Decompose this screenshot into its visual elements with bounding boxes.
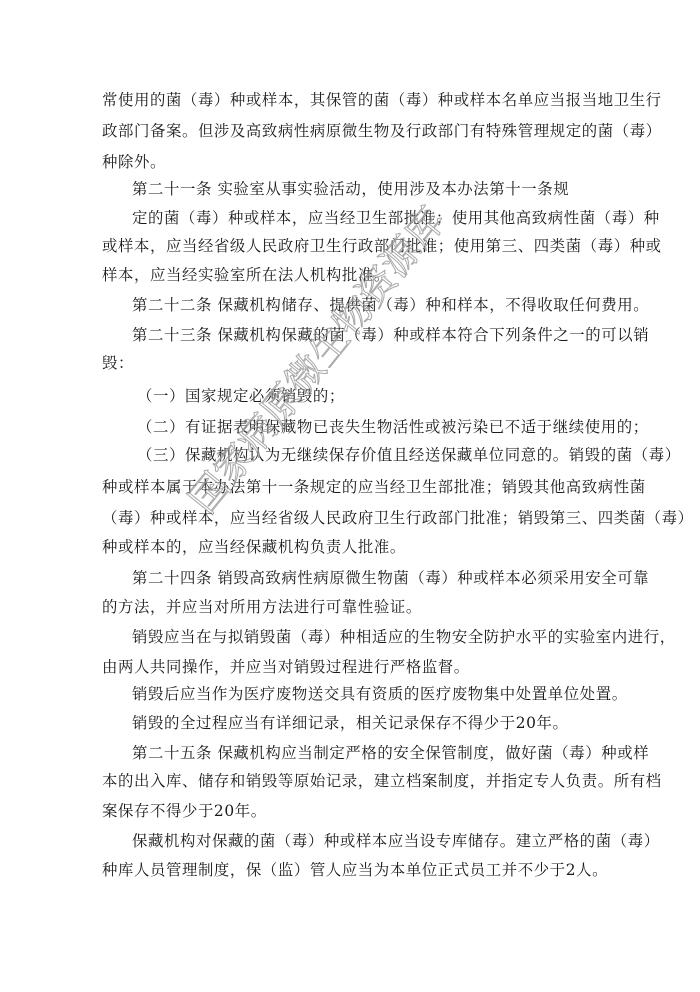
text-line: 定的菌（毒）种或样本，应当经卫生部批准；使用其他高致病性菌（毒）种 (132, 208, 632, 228)
text-line: 由两人共同操作，并应当对销毁过程进行严格监督。 (102, 657, 602, 677)
text-line: 种或样本属于本办法第十一条规定的应当经卫生部批准；销毁其他高致病性菌 (102, 477, 602, 497)
text-line: 本的出入库、储存和销毁等原始记录，建立档案制度，并指定专人负责。所有档 (102, 771, 602, 791)
text-line: （毒）种或样本，应当经省级人民政府卫生行政部门批准；销毁第三、四类菌（毒） (102, 508, 602, 528)
text-line: （二）有证据表明保藏物已丧失生物活性或被污染已不适于继续使用的； (137, 417, 637, 437)
text-line: 案保存不得少于20年。 (102, 801, 602, 821)
text-line: 常使用的菌（毒）种或样本，其保管的菌（毒）种或样本名单应当报当地卫生行 (102, 90, 602, 110)
text-line: 种除外。 (102, 152, 602, 172)
text-line: 毁： (102, 353, 602, 373)
text-line: 种库人员管理制度，保（监）管人应当为本单位正式员工并不少于2人。 (102, 860, 602, 880)
text-line: 销毁的全过程应当有详细记录，相关记录保存不得少于20年。 (132, 713, 632, 733)
text-line: （一）国家规定必须销毁的； (137, 386, 637, 406)
text-line: 第二十二条 保藏机构储存、提供菌（毒）种和样本，不得收取任何费用。 (132, 295, 632, 315)
text-line: 第二十五条 保藏机构应当制定严格的安全保管制度，做好菌（毒）种或样 (132, 743, 632, 763)
document-page: 常使用的菌（毒）种或样本，其保管的菌（毒）种或样本名单应当报当地卫生行政部门备案… (0, 0, 700, 992)
text-line: 的方法，并应当对所用方法进行可靠性验证。 (102, 597, 602, 617)
text-line: 销毁后应当作为医疗废物送交具有资质的医疗废物集中处置单位处置。 (132, 684, 632, 704)
text-line: 保藏机构对保藏的菌（毒）种或样本应当设专库储存。建立严格的菌（毒） (132, 831, 632, 851)
text-line: 销毁应当在与拟销毁菌（毒）种相适应的生物安全防护水平的实验室内进行， (132, 627, 632, 647)
text-line: 第二十一条 实验室从事实验活动，使用涉及本办法第十一条规 (132, 179, 632, 199)
text-line: （三）保藏机构认为无继续保存价值且经送保藏单位同意的。销毁的菌（毒） (137, 445, 637, 465)
text-line: 政部门备案。但涉及高致病性病原微生物及行政部门有特殊管理规定的菌（毒） (102, 121, 602, 141)
text-line: 种或样本的，应当经保藏机构负责人批准。 (102, 537, 602, 557)
text-line: 第二十四条 销毁高致病性病原微生物菌（毒）种或样本必须采用安全可靠 (132, 568, 632, 588)
text-line: 第二十三条 保藏机构保藏的菌（毒）种或样本符合下列条件之一的可以销 (132, 325, 632, 345)
text-line: 或样本，应当经省级人民政府卫生行政部门批准；使用第三、四类菌（毒）种或 (102, 236, 602, 256)
text-line: 样本，应当经实验室所在法人机构批准。 (102, 265, 602, 285)
